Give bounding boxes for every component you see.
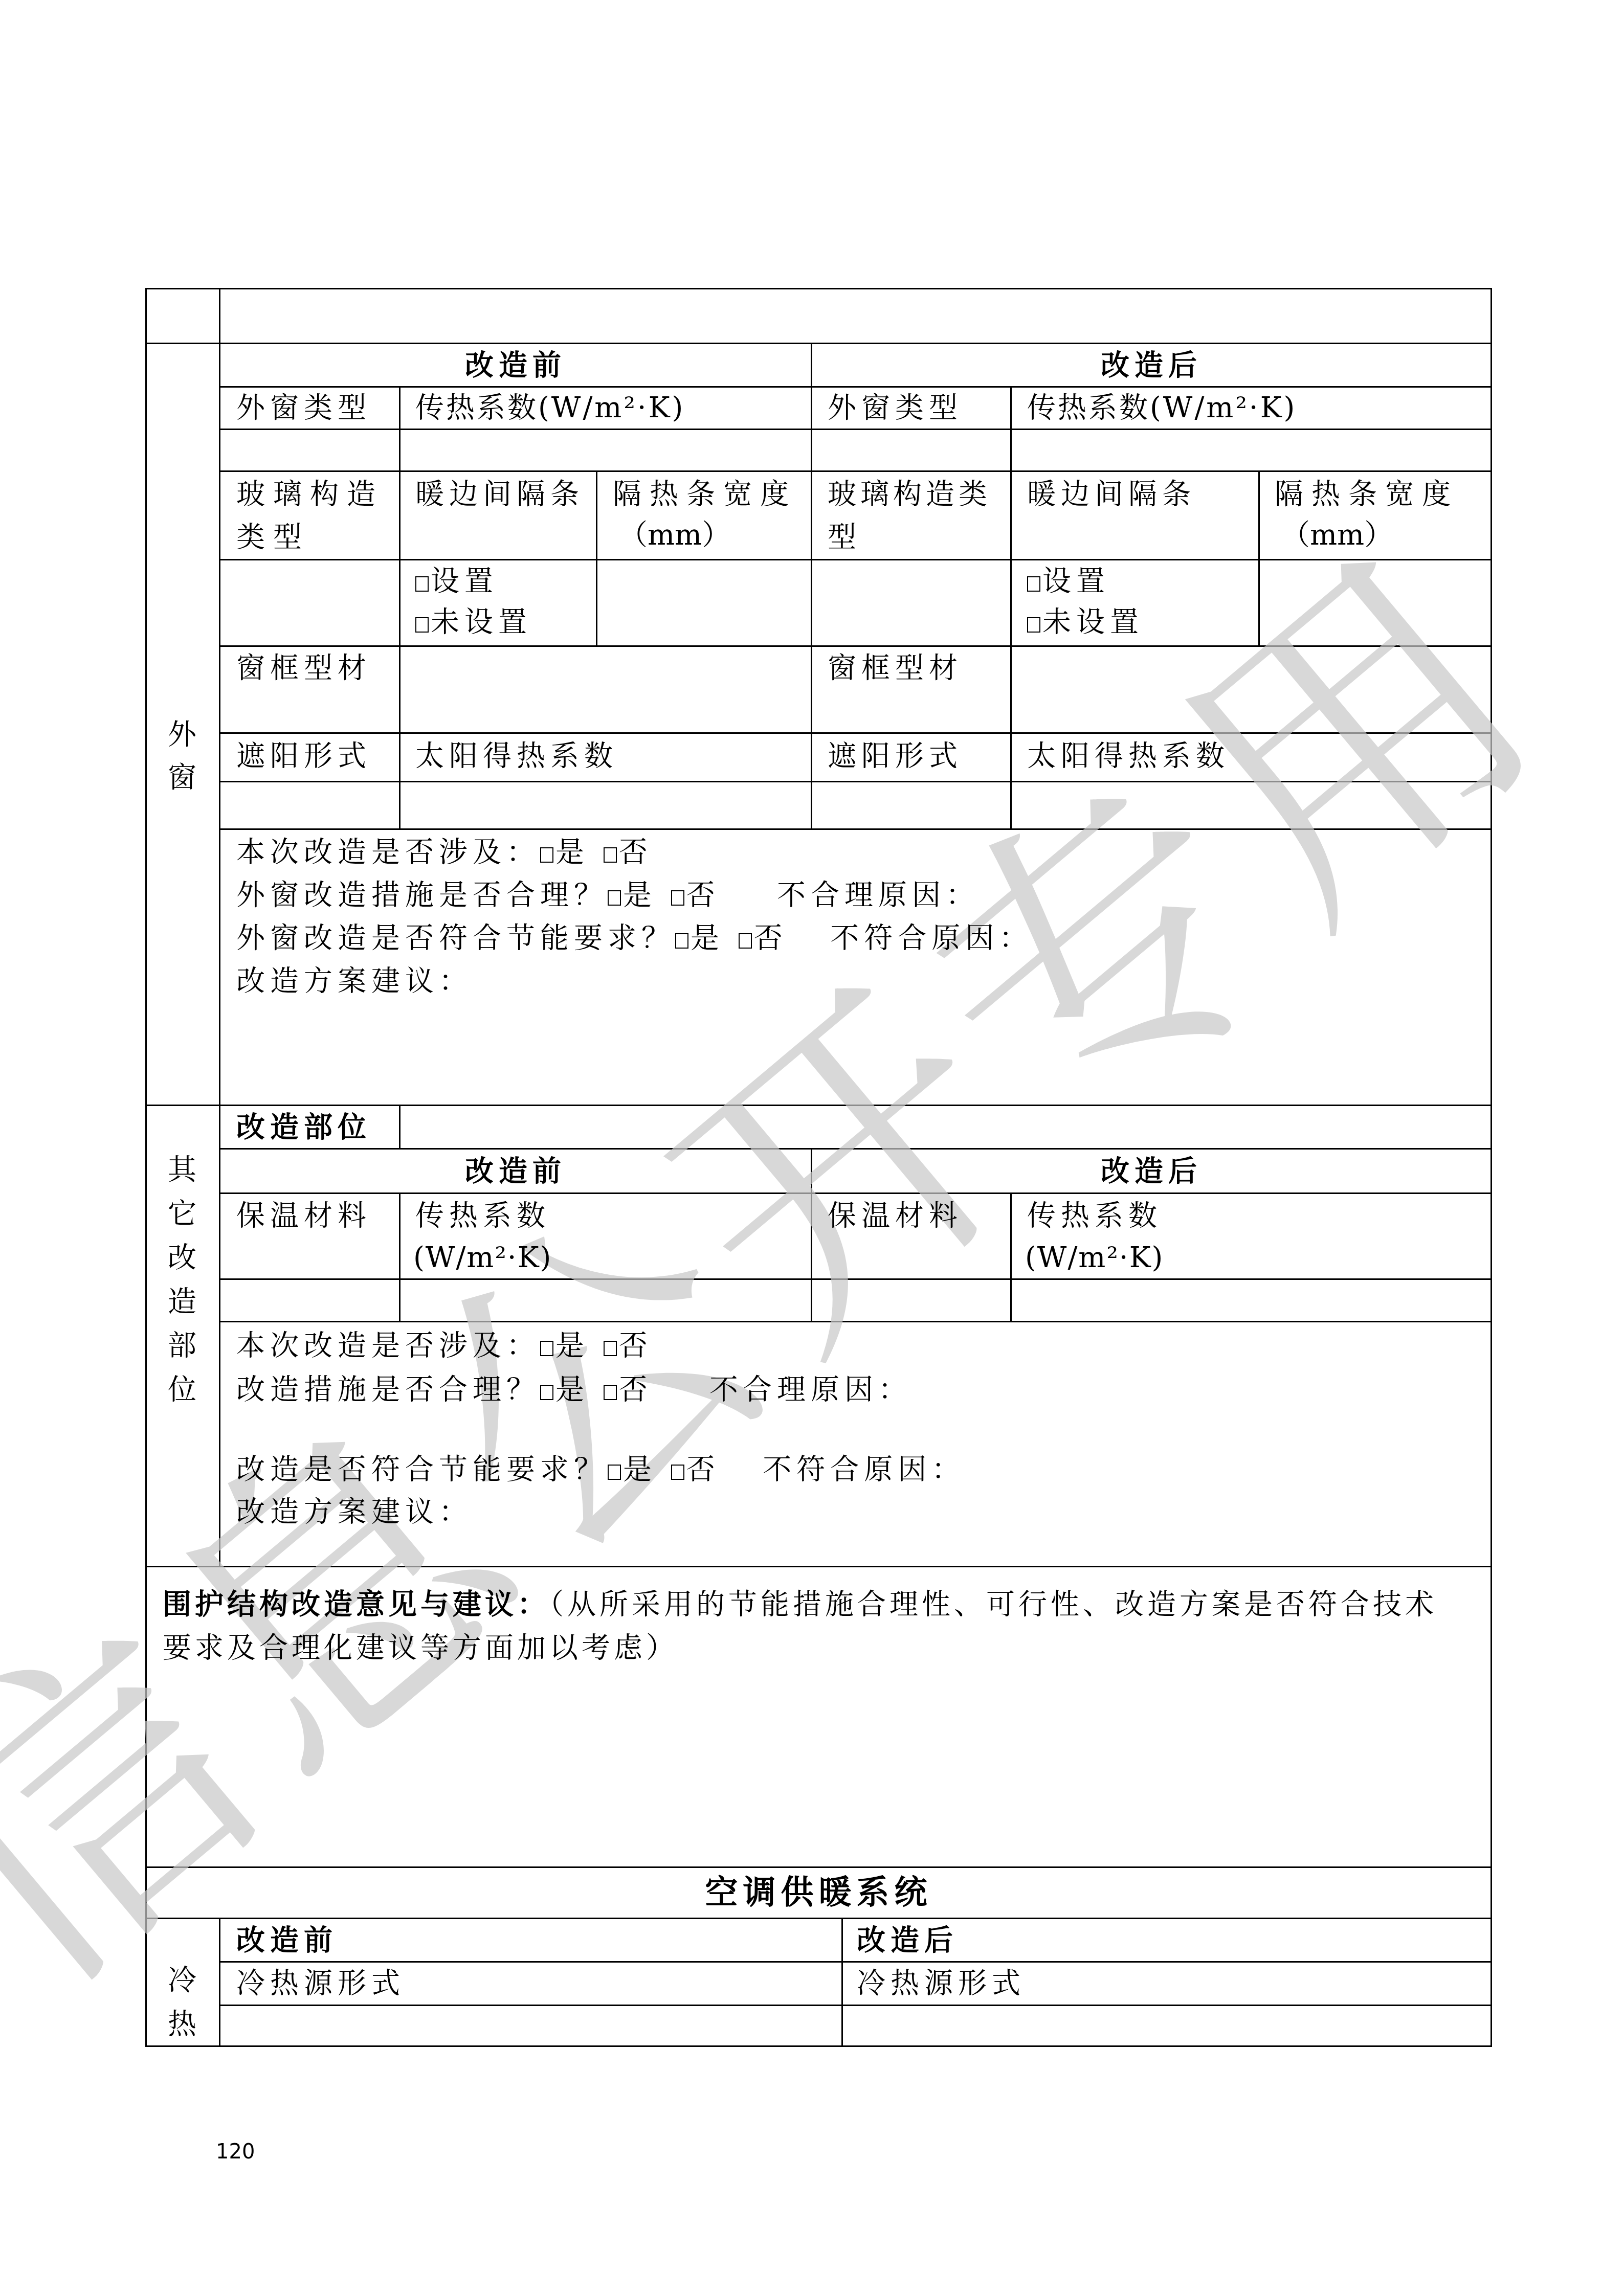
width-after-input[interactable] (1258, 559, 1492, 647)
checkbox-icon[interactable] (1027, 576, 1040, 592)
other-section-label: 其它改造部位 (167, 1148, 197, 1412)
other-q-compliant: 改造是否符合节能要求？是 否 不符合原因： (236, 1448, 965, 1491)
checkbox-icon[interactable] (671, 1465, 684, 1480)
checkbox-icon[interactable] (540, 1385, 553, 1400)
window-after-header: 改造后 (811, 344, 1492, 387)
material-before-input[interactable] (219, 1278, 401, 1322)
other-q-reasonable: 改造措施是否合理？是 否 不合理原因： (236, 1368, 912, 1411)
shading-after-input[interactable] (811, 781, 1012, 830)
hvac-source-label-after: 冷热源形式 (857, 1962, 1026, 2005)
coef-label-after: 传热系数 (1027, 1195, 1162, 1237)
window-before-header: 改造前 (219, 344, 812, 387)
checkbox-icon[interactable] (415, 576, 429, 592)
checkbox-icon[interactable] (675, 933, 688, 949)
window-type-before-input[interactable] (219, 429, 401, 472)
coef-label-before: 传热系数 (415, 1195, 550, 1237)
checkbox-icon[interactable] (604, 847, 617, 863)
envelope-opinion-line2: 要求及合理化建议等方面加以考虑） (163, 1627, 678, 1670)
shgc-label-after: 太阳得热系数 (1027, 735, 1230, 778)
other-q-involved: 本次改造是否涉及：是 否 (236, 1324, 653, 1367)
window-q-involved: 本次改造是否涉及：是 否 (236, 831, 653, 874)
glass-after-input[interactable] (811, 559, 1012, 647)
window-coef-label-before: 传热系数(W/m²·K) (415, 387, 685, 430)
document-page: 外窗 改造前 改造后 外窗类型 传热系数(W/m²·K) 外窗类型 传热系数(W… (0, 0, 1624, 2296)
shading-label-after: 遮阳形式 (828, 735, 963, 778)
width-unit-before: （mm） (619, 514, 730, 557)
hvac-source-after-input[interactable] (841, 2005, 1492, 2047)
frame-before-input[interactable] (399, 645, 812, 734)
coef-unit-after: (W/m²·K) (1025, 1236, 1164, 1279)
checkbox-icon[interactable] (540, 1341, 553, 1356)
other-part-input[interactable] (399, 1105, 1492, 1150)
hvac-source-label-before: 冷热源形式 (236, 1962, 405, 2005)
other-part-label: 改造部位 (236, 1106, 371, 1149)
envelope-opinion-line1: 围护结构改造意见与建议：（从所采用的节能措施合理性、可行性、改造方案是否符合技术 (163, 1583, 1437, 1626)
envelope-opinion-note: （从所采用的节能措施合理性、可行性、改造方案是否符合技术 (549, 1588, 1437, 1621)
window-type-label-after: 外窗类型 (828, 387, 963, 430)
spacer-before-option-unset[interactable]: 未设置 (415, 601, 532, 644)
envelope-opinion-title: 围护结构改造意见与建议： (163, 1587, 549, 1621)
width-before-input[interactable] (596, 559, 812, 647)
checkbox-icon[interactable] (608, 1465, 621, 1480)
width-unit-after: （mm） (1281, 514, 1393, 557)
material-after-input[interactable] (811, 1278, 1012, 1322)
spacer-label-after: 暖边间隔条 (1027, 473, 1196, 516)
shgc-before-input[interactable] (399, 781, 812, 830)
coef-before-input[interactable] (399, 1278, 812, 1322)
coef-after-input[interactable] (1010, 1278, 1492, 1322)
window-suggestion-label: 改造方案建议： (236, 960, 473, 1003)
width-label-after: 隔热条宽度 (1275, 473, 1459, 516)
hvac-title: 空调供暖系统 (145, 1869, 1492, 1916)
checkbox-icon[interactable] (1027, 617, 1040, 633)
checkbox-icon[interactable] (608, 890, 621, 906)
spacer-after-option-set[interactable]: 设置 (1027, 560, 1110, 603)
spacer-label-before: 暖边间隔条 (415, 473, 584, 516)
window-type-after-input[interactable] (811, 429, 1012, 472)
shading-label-before: 遮阳形式 (236, 735, 371, 778)
page-number: 120 (216, 2140, 255, 2164)
width-label-before: 隔热条宽度 (613, 473, 797, 516)
window-coef-label-after: 传热系数(W/m²·K) (1027, 387, 1297, 430)
hvac-before-header: 改造前 (236, 1919, 338, 1962)
glass-label-before: 玻璃构造类型 (236, 473, 385, 559)
material-label-after: 保温材料 (828, 1195, 963, 1237)
coef-unit-before: (W/m²·K) (413, 1236, 552, 1279)
glass-before-input[interactable] (219, 559, 401, 647)
top-row-value-cell[interactable] (219, 288, 1492, 344)
material-label-before: 保温材料 (236, 1195, 371, 1237)
hvac-section-label: 冷热 (167, 1959, 197, 2046)
top-row-label-cell (145, 288, 220, 344)
hvac-after-header: 改造后 (857, 1919, 958, 1962)
window-coef-after-input[interactable] (1010, 429, 1492, 472)
window-coef-before-input[interactable] (399, 429, 812, 472)
other-suggestion-label: 改造方案建议： (236, 1491, 473, 1534)
frame-label-after: 窗框型材 (828, 647, 963, 690)
checkbox-icon[interactable] (739, 933, 752, 949)
other-after-header: 改造后 (811, 1150, 1492, 1192)
other-before-header: 改造前 (219, 1150, 812, 1192)
shading-before-input[interactable] (219, 781, 401, 830)
hvac-source-before-input[interactable] (219, 2005, 843, 2047)
window-section-label: 外窗 (167, 713, 197, 799)
window-q-compliant: 外窗改造是否符合节能要求？是 否 不符合原因： (236, 917, 1033, 960)
spacer-after-option-unset[interactable]: 未设置 (1027, 601, 1144, 644)
spacer-before-option-set[interactable]: 设置 (415, 560, 498, 603)
checkbox-icon[interactable] (540, 847, 553, 863)
shgc-label-before: 太阳得热系数 (415, 735, 618, 778)
checkbox-icon[interactable] (415, 617, 429, 633)
window-q-reasonable: 外窗改造措施是否合理？是 否 不合理原因： (236, 874, 980, 917)
frame-after-input[interactable] (1010, 645, 1492, 734)
frame-label-before: 窗框型材 (236, 647, 371, 690)
checkbox-icon[interactable] (604, 1385, 617, 1400)
glass-label-after: 玻璃构造类型 (828, 473, 1002, 559)
checkbox-icon[interactable] (671, 890, 684, 906)
window-type-label-before: 外窗类型 (236, 387, 371, 430)
shgc-after-input[interactable] (1010, 781, 1492, 830)
checkbox-icon[interactable] (604, 1341, 617, 1356)
